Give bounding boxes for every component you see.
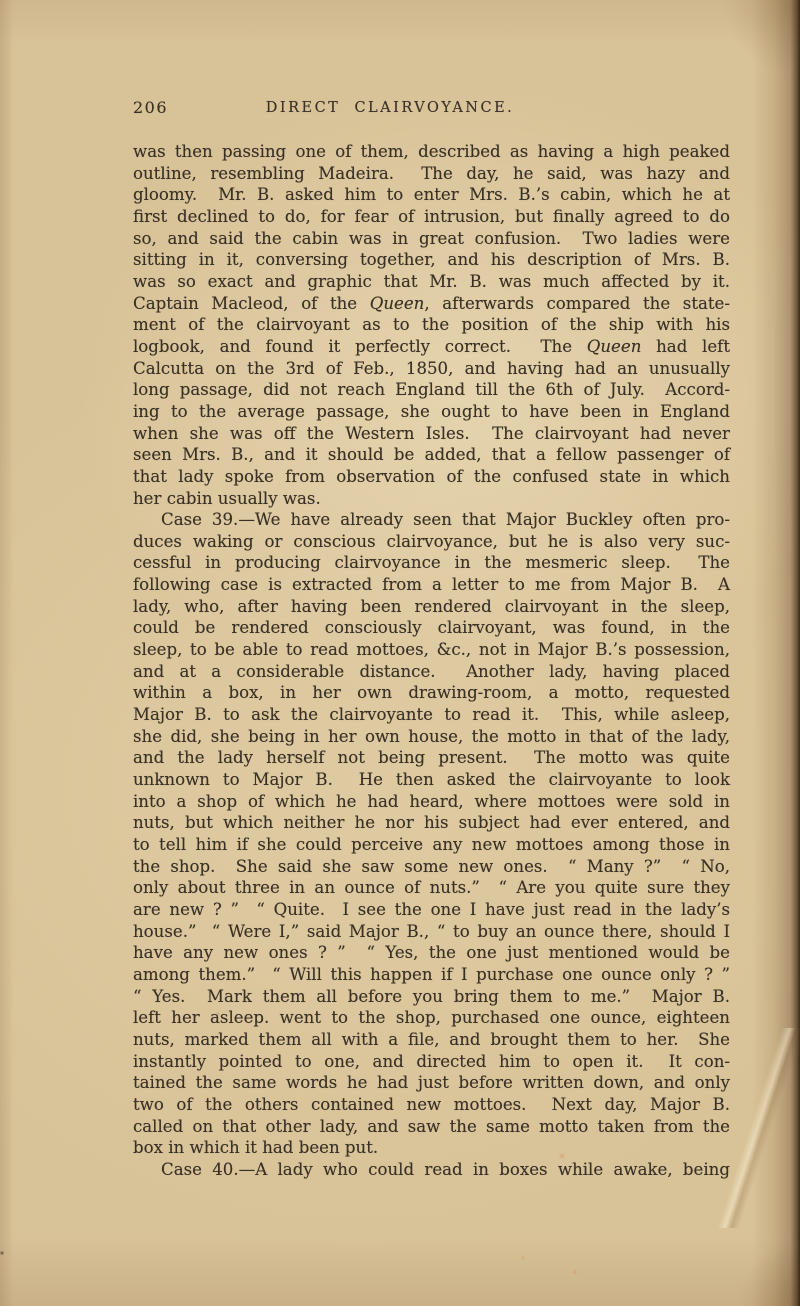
text-line: ment of the clairvoyant as to the positi… (133, 314, 730, 336)
text-line: tained the same words he had just before… (133, 1072, 730, 1094)
text-line: left her asleep. went to the shop, purch… (133, 1007, 730, 1029)
running-header: DIRECT CLAIRVOYANCE. (266, 100, 515, 116)
text-line: Case 40.—A lady who could read in boxes … (133, 1159, 730, 1181)
text-line: her cabin usually was. (133, 488, 730, 510)
page-number: 206 (133, 98, 168, 117)
text-line: she did, she being in her own house, the… (133, 726, 730, 748)
text-line: two of the others contained new mottoes.… (133, 1094, 730, 1116)
text-line: only about three in an ounce of nuts.” “… (133, 877, 730, 899)
text-line: called on that other lady, and saw the s… (133, 1116, 730, 1138)
text-line: ing to the average passage, she ought to… (133, 401, 730, 423)
text-line: the shop. She said she saw some new ones… (133, 856, 730, 878)
text-line: are new ? ” “ Quite. I see the one I hav… (133, 899, 730, 921)
text-line: could be rendered consciously clairvoyan… (133, 617, 730, 639)
text-line: to tell him if she could perceive any ne… (133, 834, 730, 856)
text-line: box in which it had been put. (133, 1137, 730, 1159)
text-line: nuts, but which neither he nor his subje… (133, 812, 730, 834)
text-line: unknown to Major B. He then asked the cl… (133, 769, 730, 791)
text-line: sleep, to be able to read mottoes, &c., … (133, 639, 730, 661)
text-line: Major B. to ask the clairvoyante to read… (133, 704, 730, 726)
text-line: long passage, did not reach England till… (133, 379, 730, 401)
text-block: was then passing one of them, described … (133, 141, 730, 1181)
text-line: was so exact and graphic that Mr. B. was… (133, 271, 730, 293)
text-line: instantly pointed to one, and directed h… (133, 1051, 730, 1073)
text-line: into a shop of which he had heard, where… (133, 791, 730, 813)
italicized-word: Queen (370, 294, 425, 313)
text-line: among them.” “ Will this happen if I pur… (133, 964, 730, 986)
book-page-scan: 206 DIRECT CLAIRVOYANCE. was then passin… (0, 0, 800, 1306)
text-line: that lady spoke from observation of the … (133, 466, 730, 488)
italicized-word: Queen (587, 337, 642, 356)
text-line: so, and said the cabin was in great conf… (133, 228, 730, 250)
text-line: cessful in producing clairvoyance in the… (133, 552, 730, 574)
text-line: duces waking or conscious clairvoyance, … (133, 531, 730, 553)
text-line: “ Yes. Mark them all before you bring th… (133, 986, 730, 1008)
text-line: following case is extracted from a lette… (133, 574, 730, 596)
printed-text-layer: 206 DIRECT CLAIRVOYANCE. was then passin… (0, 0, 800, 1306)
text-line: nuts, marked them all with a file, and b… (133, 1029, 730, 1051)
text-line: within a box, in her own drawing-room, a… (133, 682, 730, 704)
text-line: Captain Macleod, of the Queen, afterward… (133, 293, 730, 315)
text-line: Calcutta on the 3rd of Feb., 1850, and h… (133, 358, 730, 380)
text-line: and at a considerable distance. Another … (133, 661, 730, 683)
text-line: was then passing one of them, described … (133, 141, 730, 163)
text-line: lady, who, after having been rendered cl… (133, 596, 730, 618)
text-line: sitting in it, conversing together, and … (133, 249, 730, 271)
text-line: gloomy. Mr. B. asked him to enter Mrs. B… (133, 184, 730, 206)
text-line: Case 39.—We have already seen that Major… (133, 509, 730, 531)
text-line: first declined to do, for fear of intrus… (133, 206, 730, 228)
text-line: when she was off the Western Isles. The … (133, 423, 730, 445)
text-line: logbook, and found it perfectly correct.… (133, 336, 730, 358)
text-line: house.” “ Were I,” said Major B., “ to b… (133, 921, 730, 943)
text-line: outline, resembling Madeira. The day, he… (133, 163, 730, 185)
text-line: seen Mrs. B., and it should be added, th… (133, 444, 730, 466)
text-line: have any new ones ? ” “ Yes, the one jus… (133, 942, 730, 964)
text-line: and the lady herself not being present. … (133, 747, 730, 769)
